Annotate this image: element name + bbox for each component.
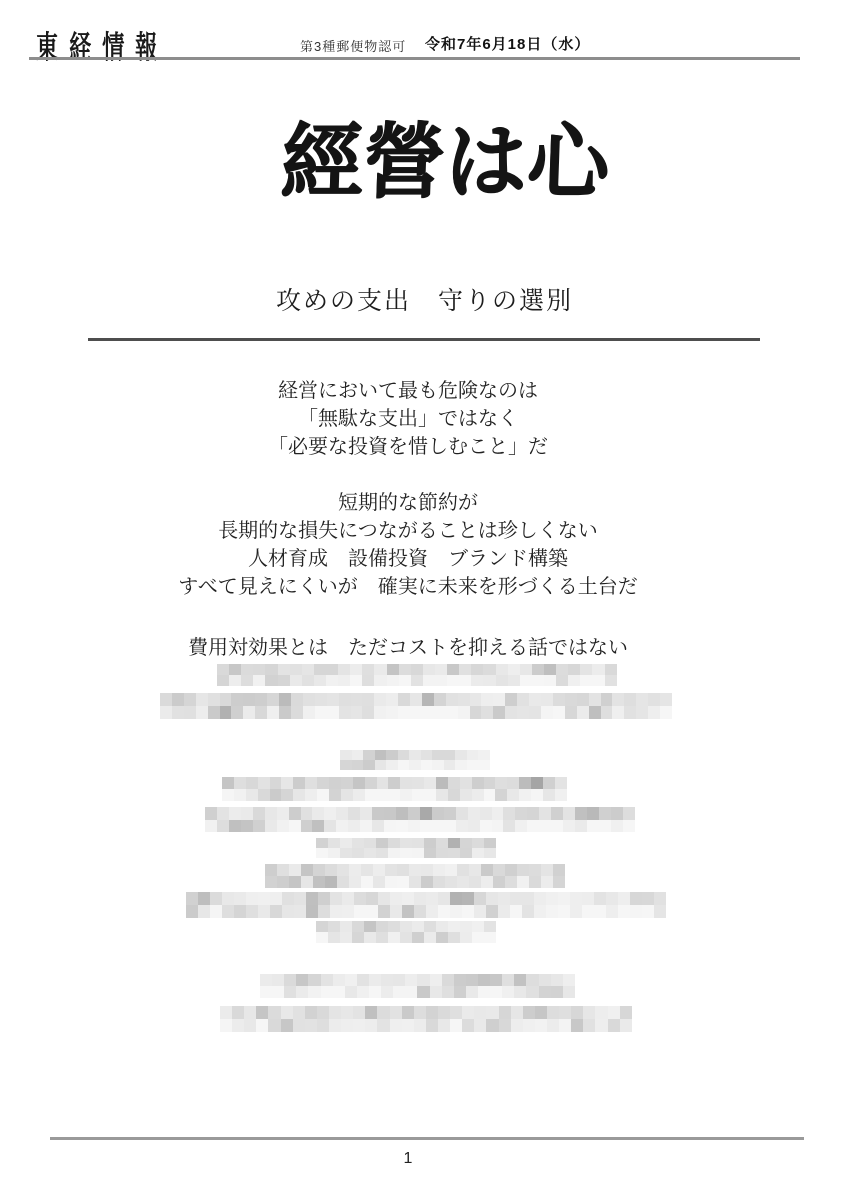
redacted-pixel — [467, 760, 479, 770]
redacted-pixel — [222, 777, 234, 789]
redacted-pixel — [282, 905, 294, 918]
redacted-pixel — [256, 1019, 268, 1032]
redacted-pixel — [456, 820, 468, 833]
redacted-pixel — [385, 864, 397, 876]
redacted-pixel — [468, 807, 480, 820]
redacted-pixel — [184, 706, 196, 719]
footer-divider — [50, 1137, 804, 1140]
redacted-pixel — [378, 905, 390, 918]
redacted-pixel — [526, 986, 538, 998]
redacted-pixel — [321, 986, 333, 998]
stanza-1-line-1: 経営において最も危険なのは — [0, 377, 816, 405]
redacted-pixel — [499, 1019, 511, 1032]
redacted-pixel — [328, 848, 340, 858]
redacted-pixel — [277, 807, 289, 820]
redacted-pixel — [338, 675, 350, 686]
redacted-pixel — [265, 664, 277, 675]
redacted-text-line — [316, 838, 496, 858]
redacted-pixel — [349, 864, 361, 876]
redacted-pixel — [472, 848, 484, 858]
redacted-pixel — [486, 1019, 498, 1032]
redacted-pixel — [341, 1019, 353, 1032]
redacted-pixel — [268, 1019, 280, 1032]
redacted-pixel — [301, 876, 313, 888]
redacted-pixel — [539, 807, 551, 820]
redacted-pixel — [458, 706, 470, 719]
redacted-pixel — [510, 905, 522, 918]
redacted-pixel — [316, 848, 328, 858]
redacted-pixel — [498, 905, 510, 918]
redacted-pixel — [503, 820, 515, 833]
redacted-pixel — [556, 664, 568, 675]
redacted-pixel — [365, 1006, 377, 1019]
redacted-pixel — [460, 777, 472, 789]
redacted-pixel — [362, 706, 374, 719]
redacted-pixel — [471, 664, 483, 675]
redacted-pixel — [553, 706, 565, 719]
redacted-pixel — [559, 1006, 571, 1019]
redacted-pixel — [390, 1019, 402, 1032]
redacted-pixel — [630, 892, 642, 905]
redacted-pixel — [326, 675, 338, 686]
redacted-pixel — [329, 789, 341, 801]
redacted-pixel — [582, 905, 594, 918]
redacted-pixel — [350, 664, 362, 675]
redacted-pixel — [265, 876, 277, 888]
redacted-pixel — [325, 876, 337, 888]
redacted-pixel — [474, 892, 486, 905]
redacted-pixel — [301, 807, 313, 820]
redacted-pixel — [294, 905, 306, 918]
redacted-pixel — [511, 1006, 523, 1019]
redacted-pixel — [308, 986, 320, 998]
redacted-pixel — [293, 1006, 305, 1019]
redacted-pixel — [486, 905, 498, 918]
redacted-pixel — [436, 848, 448, 858]
redacted-pixel — [265, 820, 277, 833]
redacted-pixel — [386, 693, 398, 706]
redacted-pixel — [337, 864, 349, 876]
redacted-pixel — [405, 974, 417, 986]
redacted-pixel — [517, 693, 529, 706]
redacted-pixel — [424, 921, 436, 932]
redacted-pixel — [553, 876, 565, 888]
redacted-pixel — [329, 1019, 341, 1032]
redacted-pixel — [258, 905, 270, 918]
redacted-pixel — [642, 892, 654, 905]
redacted-pixel — [315, 693, 327, 706]
redacted-pixel — [340, 760, 352, 770]
redacted-pixel — [270, 892, 282, 905]
redacted-pixel — [217, 807, 229, 820]
redacted-pixel — [529, 693, 541, 706]
redacted-pixel — [372, 820, 384, 833]
redacted-pixel — [484, 932, 496, 943]
redacted-pixel — [458, 693, 470, 706]
redacted-pixel — [357, 974, 369, 986]
redacted-pixel — [483, 675, 495, 686]
redacted-pixel — [333, 986, 345, 998]
redacted-pixel — [456, 807, 468, 820]
redacted-pixel — [312, 820, 324, 833]
redacted-pixel — [654, 905, 666, 918]
redacted-pixel — [426, 1006, 438, 1019]
redacted-pixel — [296, 986, 308, 998]
redacted-pixel — [587, 807, 599, 820]
redacted-pixel — [375, 760, 387, 770]
redacted-pixel — [393, 974, 405, 986]
redacted-pixel — [376, 932, 388, 943]
redacted-pixel — [279, 693, 291, 706]
redacted-pixel — [277, 820, 289, 833]
redacted-pixel — [398, 693, 410, 706]
header-divider — [29, 57, 800, 60]
redacted-pixel — [505, 876, 517, 888]
redacted-pixel — [592, 675, 604, 686]
redacted-pixel — [361, 864, 373, 876]
redacted-pixel — [589, 693, 601, 706]
redacted-pixel — [305, 1019, 317, 1032]
redacted-pixel — [636, 706, 648, 719]
redacted-pixel — [393, 986, 405, 998]
redacted-pixel — [605, 664, 617, 675]
redacted-pixel — [534, 905, 546, 918]
redacted-pixel — [484, 777, 496, 789]
redacted-pixel — [374, 693, 386, 706]
redacted-pixel — [565, 706, 577, 719]
redacted-pixel — [376, 838, 388, 848]
redacted-pixel — [363, 750, 375, 760]
redacted-pixel — [448, 838, 460, 848]
redacted-pixel — [388, 789, 400, 801]
redacted-pixel — [539, 986, 551, 998]
redacted-pixel — [563, 986, 575, 998]
redacted-pixel — [366, 905, 378, 918]
redacted-pixel — [422, 706, 434, 719]
redacted-pixel — [220, 706, 232, 719]
redacted-pixel — [472, 789, 484, 801]
redacted-pixel — [411, 675, 423, 686]
redacted-pixel — [532, 664, 544, 675]
redacted-pixel — [553, 864, 565, 876]
redacted-pixel — [422, 693, 434, 706]
redacted-pixel — [424, 848, 436, 858]
redacted-pixel — [454, 986, 466, 998]
redacted-pixel — [396, 820, 408, 833]
lead-line: 費用対効果とは ただコストを抑える話ではない — [0, 634, 816, 662]
redacted-pixel — [373, 864, 385, 876]
redacted-pixel — [480, 820, 492, 833]
redacted-pixel — [243, 693, 255, 706]
redacted-pixel — [277, 876, 289, 888]
redacted-pixel — [618, 892, 630, 905]
redacted-pixel — [462, 905, 474, 918]
redacted-pixel — [289, 876, 301, 888]
redacted-pixel — [478, 986, 490, 998]
redacted-pixel — [196, 706, 208, 719]
redacted-pixel — [499, 1006, 511, 1019]
redacted-pixel — [570, 905, 582, 918]
redacted-pixel — [253, 675, 265, 686]
redacted-pixel — [520, 675, 532, 686]
redacted-pixel — [520, 664, 532, 675]
redacted-pixel — [514, 974, 526, 986]
redacted-pixel — [577, 693, 589, 706]
redacted-pixel — [316, 932, 328, 943]
redacted-pixel — [284, 986, 296, 998]
redacted-pixel — [306, 892, 318, 905]
redacted-pixel — [340, 932, 352, 943]
redacted-pixel — [293, 789, 305, 801]
redacted-pixel — [517, 876, 529, 888]
redacted-pixel — [535, 1019, 547, 1032]
redacted-pixel — [186, 892, 198, 905]
redacted-pixel — [253, 807, 265, 820]
redacted-pixel — [595, 1019, 607, 1032]
redacted-pixel — [630, 905, 642, 918]
redacted-pixel — [575, 807, 587, 820]
redacted-pixel — [445, 876, 457, 888]
redacted-pixel — [388, 932, 400, 943]
redacted-pixel — [460, 921, 472, 932]
redacted-pixel — [258, 777, 270, 789]
redacted-pixel — [345, 986, 357, 998]
redacted-pixel — [229, 807, 241, 820]
masthead-logo: 東経情報 — [36, 22, 168, 67]
redacted-pixel — [348, 807, 360, 820]
redacted-pixel — [481, 693, 493, 706]
redacted-pixel — [472, 921, 484, 932]
redacted-pixel — [587, 820, 599, 833]
redacted-pixel — [438, 892, 450, 905]
redacted-pixel — [317, 1019, 329, 1032]
redacted-pixel — [365, 789, 377, 801]
redacted-pixel — [580, 675, 592, 686]
redacted-pixel — [448, 789, 460, 801]
redacted-pixel — [570, 892, 582, 905]
redacted-text-line — [265, 864, 565, 888]
redacted-pixel — [455, 760, 467, 770]
redacted-pixel — [196, 693, 208, 706]
redacted-pixel — [592, 664, 604, 675]
redacted-pixel — [481, 876, 493, 888]
redacted-pixel — [353, 1019, 365, 1032]
redacted-pixel — [352, 760, 364, 770]
redacted-pixel — [256, 1006, 268, 1019]
redacted-pixel — [315, 706, 327, 719]
redacted-pixel — [208, 693, 220, 706]
redacted-pixel — [442, 986, 454, 998]
redacted-text-line — [260, 974, 575, 998]
redacted-pixel — [660, 706, 672, 719]
redacted-pixel — [444, 760, 456, 770]
redacted-pixel — [467, 750, 479, 760]
redacted-pixel — [448, 777, 460, 789]
redacted-pixel — [386, 706, 398, 719]
redacted-pixel — [374, 675, 386, 686]
redacted-pixel — [364, 932, 376, 943]
redacted-pixel — [412, 789, 424, 801]
redacted-pixel — [234, 892, 246, 905]
redacted-pixel — [324, 820, 336, 833]
article-subtitle: 攻めの支出 守りの選別 — [0, 281, 849, 317]
redacted-pixel — [328, 838, 340, 848]
redacted-pixel — [340, 838, 352, 848]
redacted-pixel — [402, 892, 414, 905]
redacted-pixel — [399, 675, 411, 686]
redacted-pixel — [353, 777, 365, 789]
redacted-pixel — [210, 892, 222, 905]
redacted-pixel — [308, 974, 320, 986]
redacted-pixel — [314, 675, 326, 686]
redacted-pixel — [364, 838, 376, 848]
redacted-pixel — [535, 1006, 547, 1019]
redacted-pixel — [375, 750, 387, 760]
redacted-pixel — [495, 777, 507, 789]
redacted-pixel — [486, 1006, 498, 1019]
redacted-pixel — [364, 848, 376, 858]
redacted-pixel — [432, 760, 444, 770]
redacted-pixel — [210, 905, 222, 918]
redacted-pixel — [400, 848, 412, 858]
redacted-pixel — [438, 905, 450, 918]
redacted-pixel — [424, 838, 436, 848]
redacted-pixel — [553, 693, 565, 706]
redacted-pixel — [258, 892, 270, 905]
redacted-pixel — [478, 760, 490, 770]
redacted-pixel — [388, 777, 400, 789]
redacted-pixel — [241, 820, 253, 833]
redacted-pixel — [531, 777, 543, 789]
redacted-pixel — [160, 706, 172, 719]
redacted-pixel — [361, 876, 373, 888]
redacted-pixel — [466, 986, 478, 998]
redacted-pixel — [340, 848, 352, 858]
redacted-pixel — [583, 1006, 595, 1019]
redacted-pixel — [462, 1019, 474, 1032]
redacted-pixel — [222, 892, 234, 905]
redacted-pixel — [492, 820, 504, 833]
redacted-pixel — [337, 876, 349, 888]
redacted-pixel — [470, 693, 482, 706]
redacted-pixel — [234, 905, 246, 918]
redacted-pixel — [474, 1019, 486, 1032]
redacted-pixel — [636, 693, 648, 706]
redacted-pixel — [510, 892, 522, 905]
redacted-pixel — [220, 1019, 232, 1032]
redacted-pixel — [492, 807, 504, 820]
redacted-pixel — [317, 777, 329, 789]
redacted-pixel — [599, 807, 611, 820]
redacted-pixel — [519, 777, 531, 789]
redacted-pixel — [267, 693, 279, 706]
redacted-pixel — [342, 892, 354, 905]
redacted-pixel — [357, 986, 369, 998]
redacted-pixel — [205, 807, 217, 820]
redacted-pixel — [601, 706, 613, 719]
redacted-pixel — [618, 905, 630, 918]
redacted-pixel — [229, 664, 241, 675]
redacted-pixel — [511, 1019, 523, 1032]
redacted-pixel — [246, 892, 258, 905]
redacted-pixel — [386, 760, 398, 770]
redacted-pixel — [409, 760, 421, 770]
redacted-pixel — [505, 693, 517, 706]
redacted-pixel — [462, 1006, 474, 1019]
redacted-pixel — [611, 820, 623, 833]
redacted-pixel — [160, 693, 172, 706]
redacted-pixel — [459, 675, 471, 686]
redacted-pixel — [414, 905, 426, 918]
redacted-pixel — [421, 864, 433, 876]
redacted-pixel — [459, 664, 471, 675]
redacted-pixel — [265, 675, 277, 686]
redacted-pixel — [551, 807, 563, 820]
redacted-pixel — [455, 750, 467, 760]
redacted-pixel — [246, 789, 258, 801]
redacted-pixel — [505, 864, 517, 876]
redacted-pixel — [601, 693, 613, 706]
redacted-pixel — [444, 820, 456, 833]
redacted-pixel — [381, 974, 393, 986]
redacted-pixel — [376, 921, 388, 932]
redacted-pixel — [410, 706, 422, 719]
redacted-pixel — [402, 905, 414, 918]
redacted-pixel — [474, 1006, 486, 1019]
redacted-pixel — [444, 807, 456, 820]
redacted-pixel — [595, 1006, 607, 1019]
redacted-pixel — [493, 706, 505, 719]
redacted-text-line — [220, 1006, 632, 1032]
redacted-pixel — [436, 777, 448, 789]
redacted-pixel — [255, 693, 267, 706]
redacted-pixel — [289, 820, 301, 833]
redacted-pixel — [432, 807, 444, 820]
redacted-pixel — [605, 675, 617, 686]
redacted-pixel — [555, 789, 567, 801]
redacted-pixel — [515, 807, 527, 820]
redacted-pixel — [405, 986, 417, 998]
redacted-pixel — [421, 750, 433, 760]
redacted-pixel — [270, 789, 282, 801]
redacted-pixel — [523, 1019, 535, 1032]
stanza-2-line-3: 人材育成 設備投資 ブランド構築 — [0, 545, 816, 573]
redacted-pixel — [241, 664, 253, 675]
redacted-pixel — [351, 693, 363, 706]
redacted-pixel — [349, 876, 361, 888]
redacted-pixel — [388, 848, 400, 858]
redacted-pixel — [281, 777, 293, 789]
redacted-pixel — [469, 876, 481, 888]
redacted-pixel — [377, 1019, 389, 1032]
redacted-pixel — [430, 974, 442, 986]
redacted-pixel — [172, 693, 184, 706]
redacted-pixel — [612, 693, 624, 706]
redacted-pixel — [329, 777, 341, 789]
redacted-pixel — [384, 820, 396, 833]
redacted-pixel — [244, 1019, 256, 1032]
redacted-pixel — [232, 1019, 244, 1032]
redacted-pixel — [426, 1019, 438, 1032]
redacted-pixel — [448, 921, 460, 932]
redacted-pixel — [529, 706, 541, 719]
redacted-pixel — [385, 876, 397, 888]
redacted-pixel — [387, 664, 399, 675]
redacted-pixel — [517, 706, 529, 719]
redacted-pixel — [318, 892, 330, 905]
redacted-pixel — [374, 706, 386, 719]
redacted-pixel — [234, 789, 246, 801]
